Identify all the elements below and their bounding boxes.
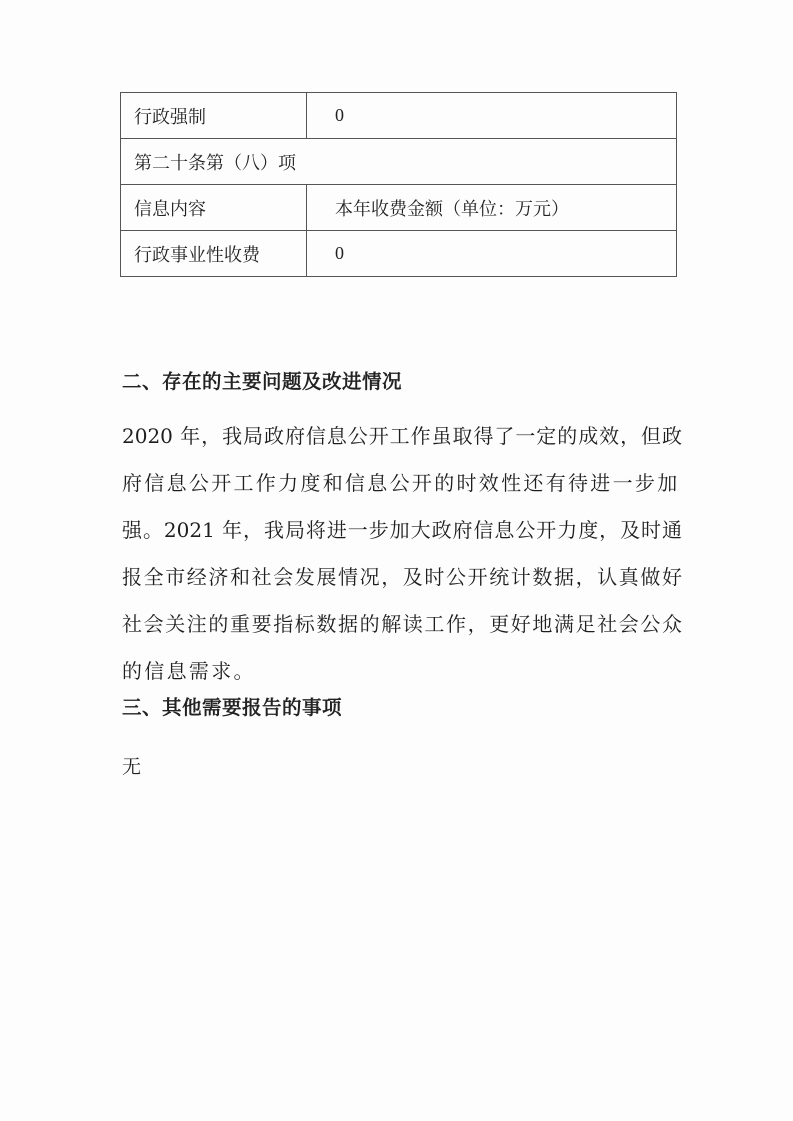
section-heading-other-matters: 三、其他需要报告的事项 [122, 692, 342, 720]
paragraph-line: 报全市经济和社会发展情况，及时公开统计数据，认真做好 [122, 563, 682, 610]
paragraph-line: 府信息公开工作力度和信息公开的时效性还有待进一步加 [122, 469, 682, 516]
paragraph-line: 社会关注的重要指标数据的解读工作，更好地满足社会公众 [122, 610, 682, 657]
article-heading-cell: 第二十条第（八）项 [121, 139, 677, 185]
paragraph-line: 2020 年，我局政府信息公开工作虽取得了一定的成效，但政 [122, 422, 682, 469]
disclosure-table: 行政强制 0 第二十条第（八）项 信息内容 本年收费金额（单位：万元） 行政事业… [120, 92, 677, 277]
document-page: 行政强制 0 第二十条第（八）项 信息内容 本年收费金额（单位：万元） 行政事业… [0, 0, 793, 1121]
row-label: 行政事业性收费 [121, 231, 307, 277]
row-value: 本年收费金额（单位：万元） [307, 185, 677, 231]
table-row: 行政事业性收费 0 [121, 231, 677, 277]
row-value: 0 [307, 93, 677, 139]
section-body-problems: 2020 年，我局政府信息公开工作虽取得了一定的成效，但政 府信息公开工作力度和… [122, 422, 682, 704]
row-value: 0 [307, 231, 677, 277]
table-row: 第二十条第（八）项 [121, 139, 677, 185]
row-label: 行政强制 [121, 93, 307, 139]
section-body-other-matters: 无 [122, 752, 141, 779]
table-row: 行政强制 0 [121, 93, 677, 139]
section-heading-problems: 二、存在的主要问题及改进情况 [122, 366, 402, 394]
paragraph-line: 强。2021 年，我局将进一步加大政府信息公开力度，及时通 [122, 516, 682, 563]
table-row: 信息内容 本年收费金额（单位：万元） [121, 185, 677, 231]
row-label: 信息内容 [121, 185, 307, 231]
